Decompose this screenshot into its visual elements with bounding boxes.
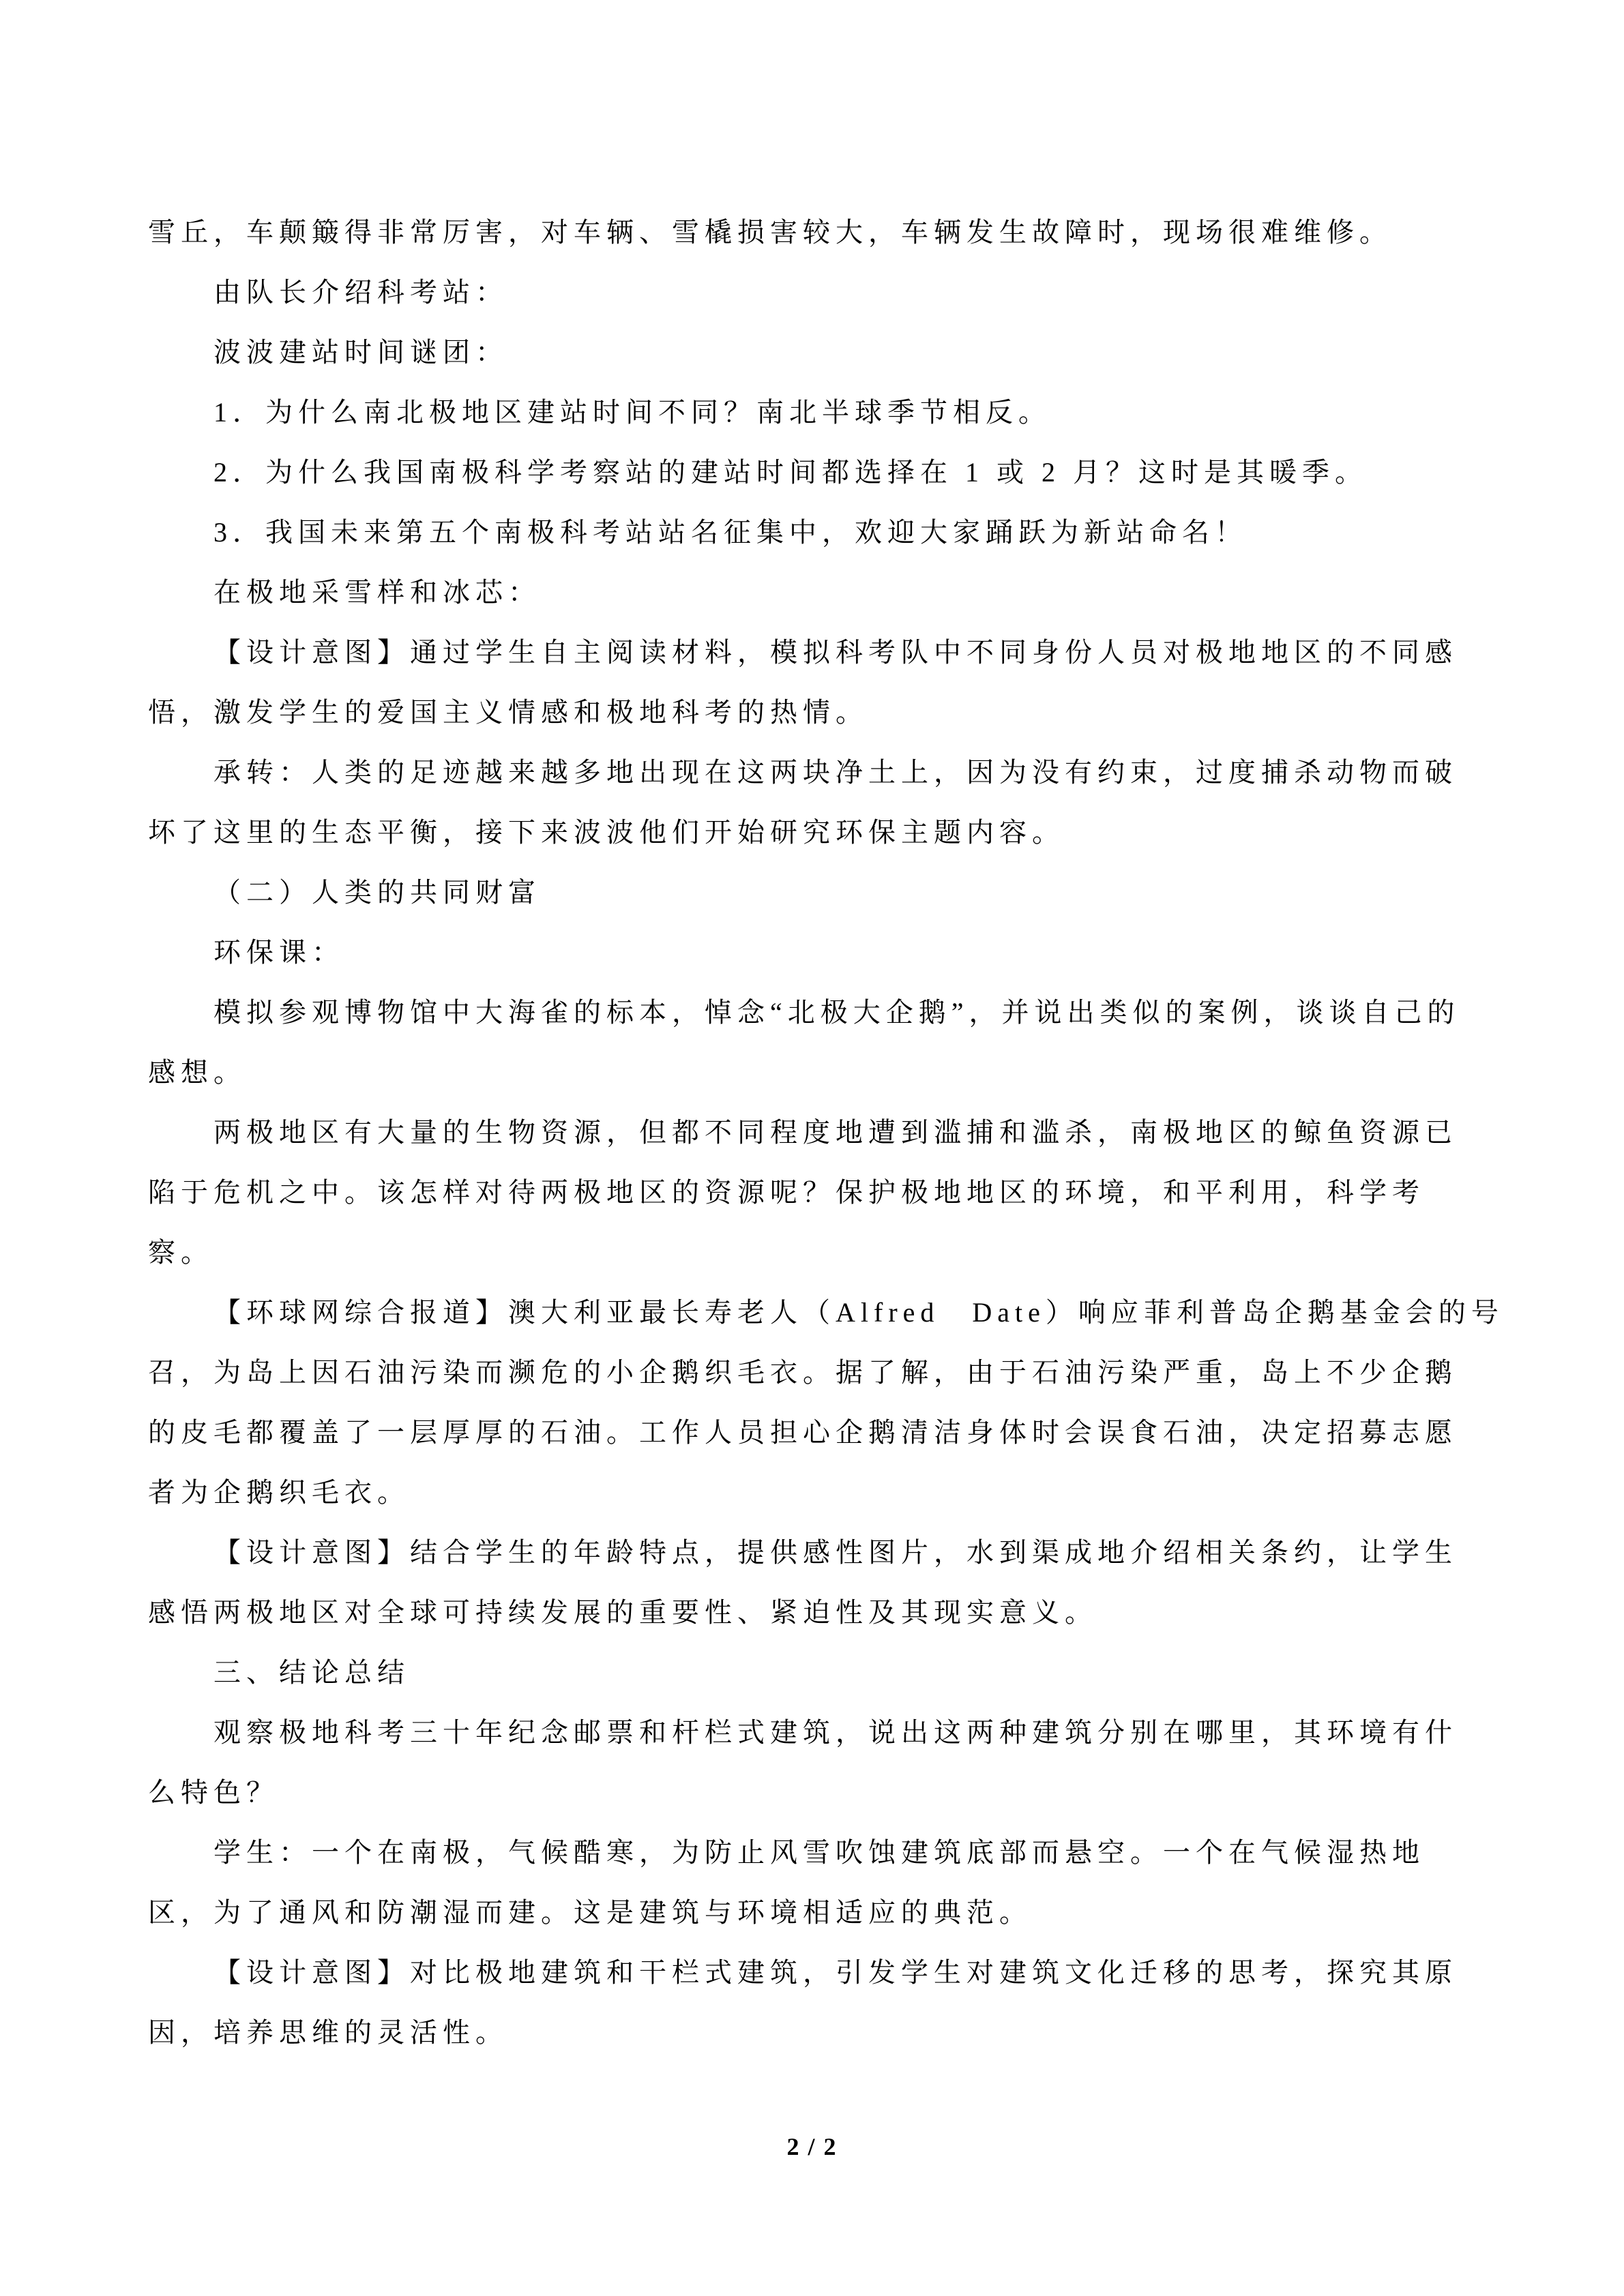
text-line: 学生：一个在南极，气候酷寒，为防止风雪吹蚀建筑底部而悬空。一个在气候湿热地: [148, 1823, 1471, 1883]
text-line: 坏了这里的生态平衡，接下来波波他们开始研究环保主题内容。: [148, 803, 1471, 863]
text-line: （二）人类的共同财富: [148, 863, 1471, 923]
text-line: 1．为什么南北极地区建站时间不同？南北半球季节相反。: [148, 383, 1471, 443]
text-line: 陷于危机之中。该怎样对待两极地区的资源呢？保护极地地区的环境，和平利用，科学考: [148, 1163, 1471, 1223]
page-footer: 2 / 2: [0, 2117, 1624, 2177]
text-line: 召，为岛上因石油污染而濒危的小企鹅织毛衣。据了解，由于石油污染严重，岛上不少企鹅: [148, 1343, 1471, 1403]
text-line: 由队长介绍科考站：: [148, 263, 1471, 323]
text-line: 者为企鹅织毛衣。: [148, 1463, 1471, 1523]
document-page: 雪丘，车颠簸得非常厉害，对车辆、雪橇损害较大，车辆发生故障时，现场很难维修。由队…: [0, 0, 1624, 2296]
text-line: 感想。: [148, 1043, 1471, 1103]
text-line: 的皮毛都覆盖了一层厚厚的石油。工作人员担心企鹅清洁身体时会误食石油，决定招募志愿: [148, 1403, 1471, 1463]
text-line: 【环球网综合报道】澳大利亚最长寿老人（Alfred Date）响应菲利普岛企鹅基…: [148, 1283, 1471, 1343]
text-line: 承转：人类的足迹越来越多地出现在这两块净土上，因为没有约束，过度捕杀动物而破: [148, 743, 1471, 803]
text-line: 【设计意图】结合学生的年龄特点，提供感性图片，水到渠成地介绍相关条约，让学生: [148, 1523, 1471, 1583]
text-line: 三、结论总结: [148, 1643, 1471, 1703]
text-line: 感悟两极地区对全球可持续发展的重要性、紧迫性及其现实意义。: [148, 1583, 1471, 1643]
text-line: 2．为什么我国南极科学考察站的建站时间都选择在 1 或 2 月？这时是其暖季。: [148, 443, 1471, 503]
text-line: 雪丘，车颠簸得非常厉害，对车辆、雪橇损害较大，车辆发生故障时，现场很难维修。: [148, 203, 1471, 263]
text-line: 么特色？: [148, 1763, 1471, 1823]
document-body: 雪丘，车颠簸得非常厉害，对车辆、雪橇损害较大，车辆发生故障时，现场很难维修。由队…: [148, 203, 1471, 2063]
text-line: 在极地采雪样和冰芯：: [148, 563, 1471, 623]
text-line: 3．我国未来第五个南极科考站站名征集中，欢迎大家踊跃为新站命名！: [148, 503, 1471, 563]
text-line: 察。: [148, 1223, 1471, 1283]
text-line: 区，为了通风和防潮湿而建。这是建筑与环境相适应的典范。: [148, 1883, 1471, 1943]
text-line: 【设计意图】对比极地建筑和干栏式建筑，引发学生对建筑文化迁移的思考，探究其原: [148, 1943, 1471, 2003]
text-line: 悟，激发学生的爱国主义情感和极地科考的热情。: [148, 683, 1471, 743]
page-number: 2 / 2: [786, 2133, 837, 2160]
text-line: 因，培养思维的灵活性。: [148, 2003, 1471, 2063]
text-line: 两极地区有大量的生物资源，但都不同程度地遭到滥捕和滥杀，南极地区的鲸鱼资源已: [148, 1103, 1471, 1163]
text-line: 环保课：: [148, 923, 1471, 983]
text-line: 模拟参观博物馆中大海雀的标本，悼念“北极大企鹅”，并说出类似的案例，谈谈自己的: [148, 983, 1471, 1043]
text-line: 【设计意图】通过学生自主阅读材料，模拟科考队中不同身份人员对极地地区的不同感: [148, 623, 1471, 683]
text-line: 波波建站时间谜团：: [148, 323, 1471, 383]
text-line: 观察极地科考三十年纪念邮票和杆栏式建筑，说出这两种建筑分别在哪里，其环境有什: [148, 1703, 1471, 1763]
